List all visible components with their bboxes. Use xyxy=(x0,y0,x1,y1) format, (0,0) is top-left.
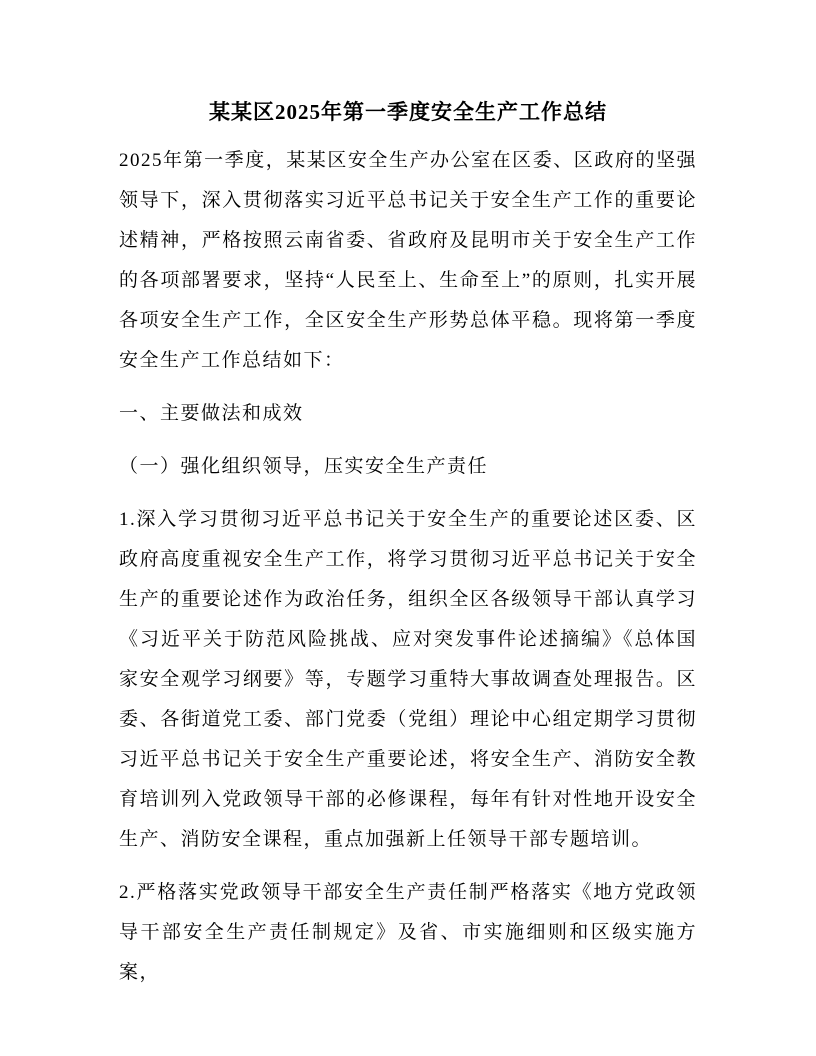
paragraph-item-1-study-important-discourse: 1.深入学习贯彻习近平总书记关于安全生产的重要论述区委、区政府高度重视安全生产工… xyxy=(119,500,697,860)
subsection-heading-strengthen-leadership: （一）强化组织领导，压实安全生产责任 xyxy=(119,447,697,487)
section-heading-main-practices: 一、主要做法和成效 xyxy=(119,394,697,434)
paragraph-item-2-responsibility-system: 2.严格落实党政领导干部安全生产责任制严格落实《地方党政领导干部安全生产责任制规… xyxy=(119,873,697,993)
document-title: 某某区2025年第一季度安全生产工作总结 xyxy=(119,92,697,132)
intro-paragraph: 2025年第一季度，某某区安全生产办公室在区委、区政府的坚强领导下，深入贯彻落实… xyxy=(119,141,697,381)
document-page: 某某区2025年第一季度安全生产工作总结 2025年第一季度，某某区安全生产办公… xyxy=(0,0,816,1056)
